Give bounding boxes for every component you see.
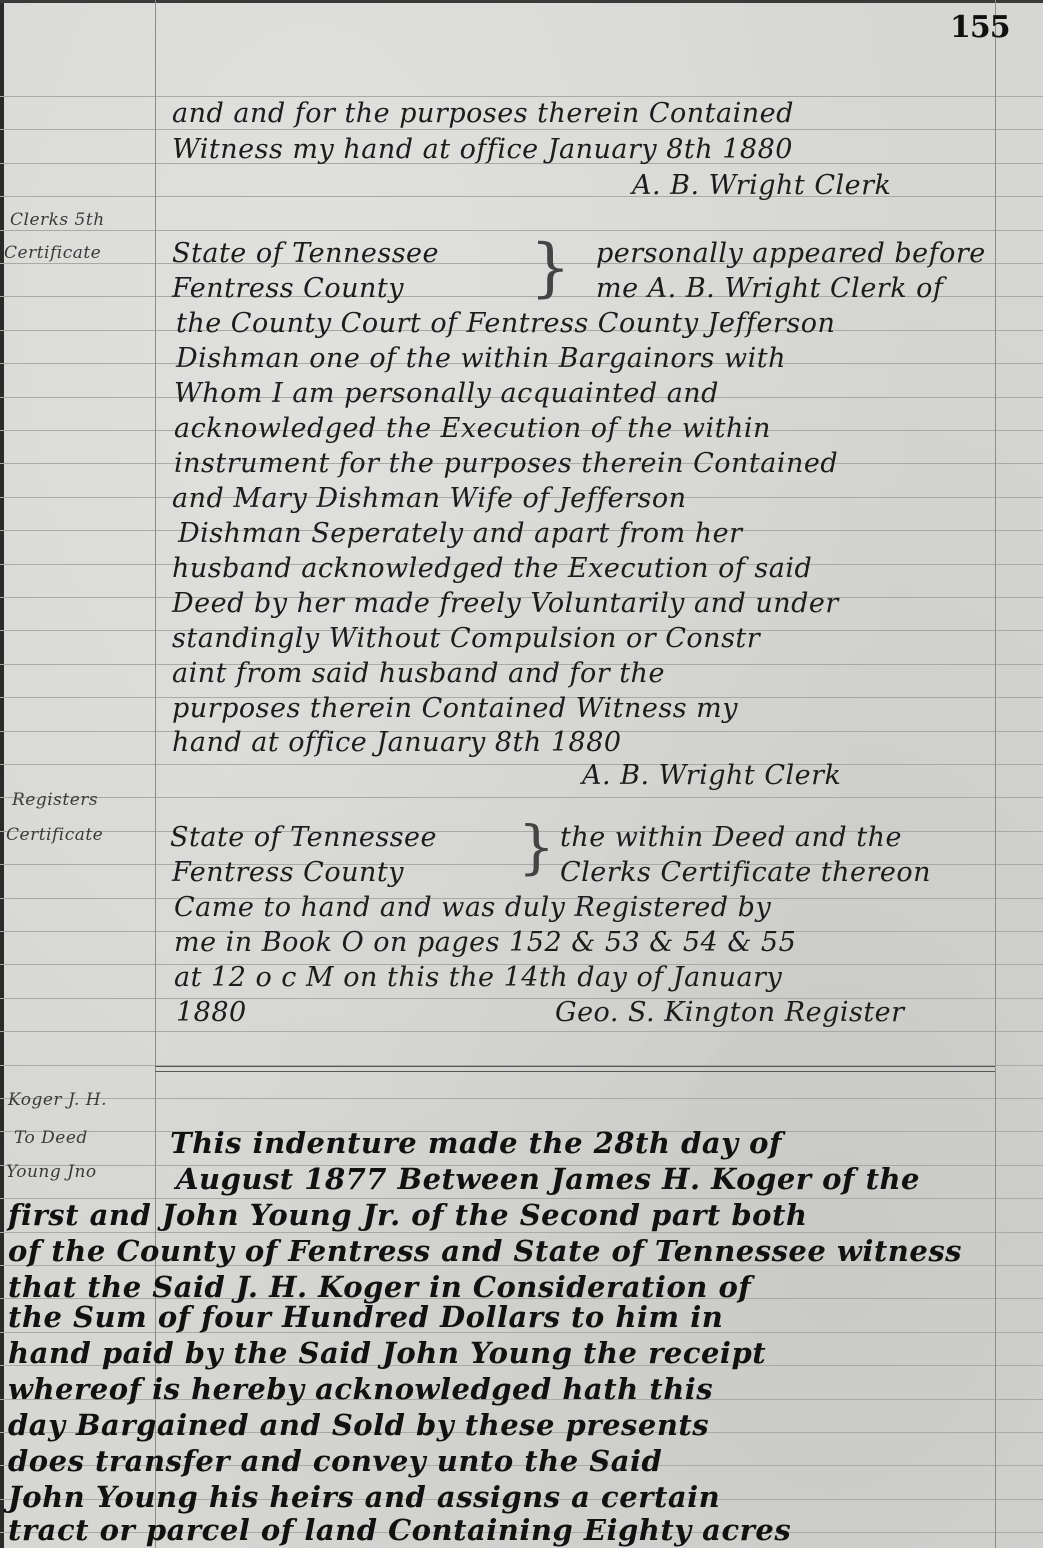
ruled-line bbox=[0, 1098, 1043, 1099]
handwritten-line: Dishman one of the within Bargainors wit… bbox=[176, 343, 786, 374]
handwritten-line: husband acknowledged the Execution of sa… bbox=[172, 553, 812, 584]
ruled-line bbox=[0, 764, 1043, 765]
ruled-line bbox=[0, 797, 1043, 798]
handwritten-line: Clerks Certificate thereon bbox=[560, 857, 931, 888]
ruled-line bbox=[0, 230, 1043, 231]
handwritten-line: Whom I am personally acquainted and bbox=[174, 378, 719, 409]
handwritten-line: the Sum of four Hundred Dollars to him i… bbox=[8, 1300, 723, 1334]
handwritten-line: and Mary Dishman Wife of Jefferson bbox=[172, 483, 687, 514]
handwritten-line: does transfer and convey unto the Said bbox=[8, 1444, 662, 1478]
handwritten-line: aint from said husband and for the bbox=[172, 658, 665, 689]
margin-note: Registers bbox=[12, 790, 98, 810]
handwritten-line: State of Tennessee bbox=[172, 238, 439, 269]
handwritten-line: Fentress County bbox=[172, 273, 404, 304]
entry-separator-line bbox=[155, 1066, 995, 1067]
brace-symbol: } bbox=[530, 236, 571, 300]
handwritten-line: hand paid by the Said John Young the rec… bbox=[8, 1336, 766, 1370]
entry-separator-line bbox=[155, 1071, 995, 1072]
handwritten-line: me in Book O on pages 152 & 53 & 54 & 55 bbox=[174, 927, 796, 958]
handwritten-line: and and for the purposes therein Contain… bbox=[172, 98, 794, 129]
handwritten-line: hand at office January 8th 1880 bbox=[172, 727, 622, 758]
handwritten-line: 1880 bbox=[176, 997, 247, 1028]
handwritten-line: John Young his heirs and assigns a certa… bbox=[8, 1480, 720, 1514]
handwritten-line: the within Deed and the bbox=[560, 822, 902, 853]
handwritten-line: This indenture made the 28th day of bbox=[170, 1126, 782, 1160]
handwritten-line: the County Court of Fentress County Jeff… bbox=[176, 308, 835, 339]
page-number: 155 bbox=[950, 10, 1010, 45]
margin-note: Young Jno bbox=[6, 1162, 97, 1182]
handwritten-line: Witness my hand at office January 8th 18… bbox=[172, 134, 793, 165]
handwritten-line: of the County of Fentress and State of T… bbox=[8, 1234, 962, 1268]
right-margin-line bbox=[995, 0, 996, 1548]
handwritten-line: personally appeared before bbox=[596, 238, 986, 269]
brace-symbol: } bbox=[518, 818, 555, 876]
ruled-line bbox=[0, 1031, 1043, 1032]
handwritten-line: instrument for the purposes therein Cont… bbox=[174, 448, 838, 479]
ruled-line bbox=[0, 1232, 1043, 1233]
handwritten-line: me A. B. Wright Clerk of bbox=[596, 273, 943, 304]
handwritten-line: tract or parcel of land Containing Eight… bbox=[8, 1513, 791, 1547]
margin-note: Certificate bbox=[6, 825, 103, 845]
handwritten-line: Fentress County bbox=[172, 857, 404, 888]
handwritten-line: State of Tennessee bbox=[170, 822, 437, 853]
ruled-line bbox=[0, 96, 1043, 97]
handwritten-line: Deed by her made freely Voluntarily and … bbox=[172, 588, 839, 619]
handwritten-line: at 12 o c M on this the 14th day of Janu… bbox=[174, 962, 782, 993]
margin-note: Koger J. H. bbox=[8, 1090, 107, 1110]
margin-note: Clerks 5th bbox=[10, 210, 105, 230]
handwritten-line: that the Said J. H. Koger in Considerati… bbox=[8, 1270, 751, 1304]
handwritten-line: standingly Without Compulsion or Constr bbox=[172, 623, 760, 654]
margin-note: Certificate bbox=[4, 243, 101, 263]
page-edge-top bbox=[0, 0, 1043, 3]
handwritten-line: acknowledged the Execution of the within bbox=[174, 413, 771, 444]
handwritten-line: Dishman Seperately and apart from her bbox=[178, 518, 743, 549]
handwritten-line: Came to hand and was duly Registered by bbox=[174, 892, 771, 923]
margin-note: To Deed bbox=[14, 1128, 88, 1148]
handwritten-line: day Bargained and Sold by these presents bbox=[8, 1408, 709, 1442]
ledger-page: 155 and and for the purposes therein Con… bbox=[0, 0, 1043, 1548]
handwritten-line: whereof is hereby acknowledged hath this bbox=[8, 1372, 713, 1406]
page-edge-left bbox=[0, 0, 4, 1548]
clerk-signature: A. B. Wright Clerk bbox=[582, 760, 841, 791]
clerk-signature: A. B. Wright Clerk bbox=[632, 170, 891, 201]
handwritten-line: August 1877 Between James H. Koger of th… bbox=[176, 1162, 920, 1196]
handwritten-line: first and John Young Jr. of the Second p… bbox=[8, 1198, 808, 1232]
register-signature: Geo. S. Kington Register bbox=[555, 997, 905, 1028]
handwritten-line: purposes therein Contained Witness my bbox=[172, 693, 738, 724]
ruled-line bbox=[0, 129, 1043, 130]
